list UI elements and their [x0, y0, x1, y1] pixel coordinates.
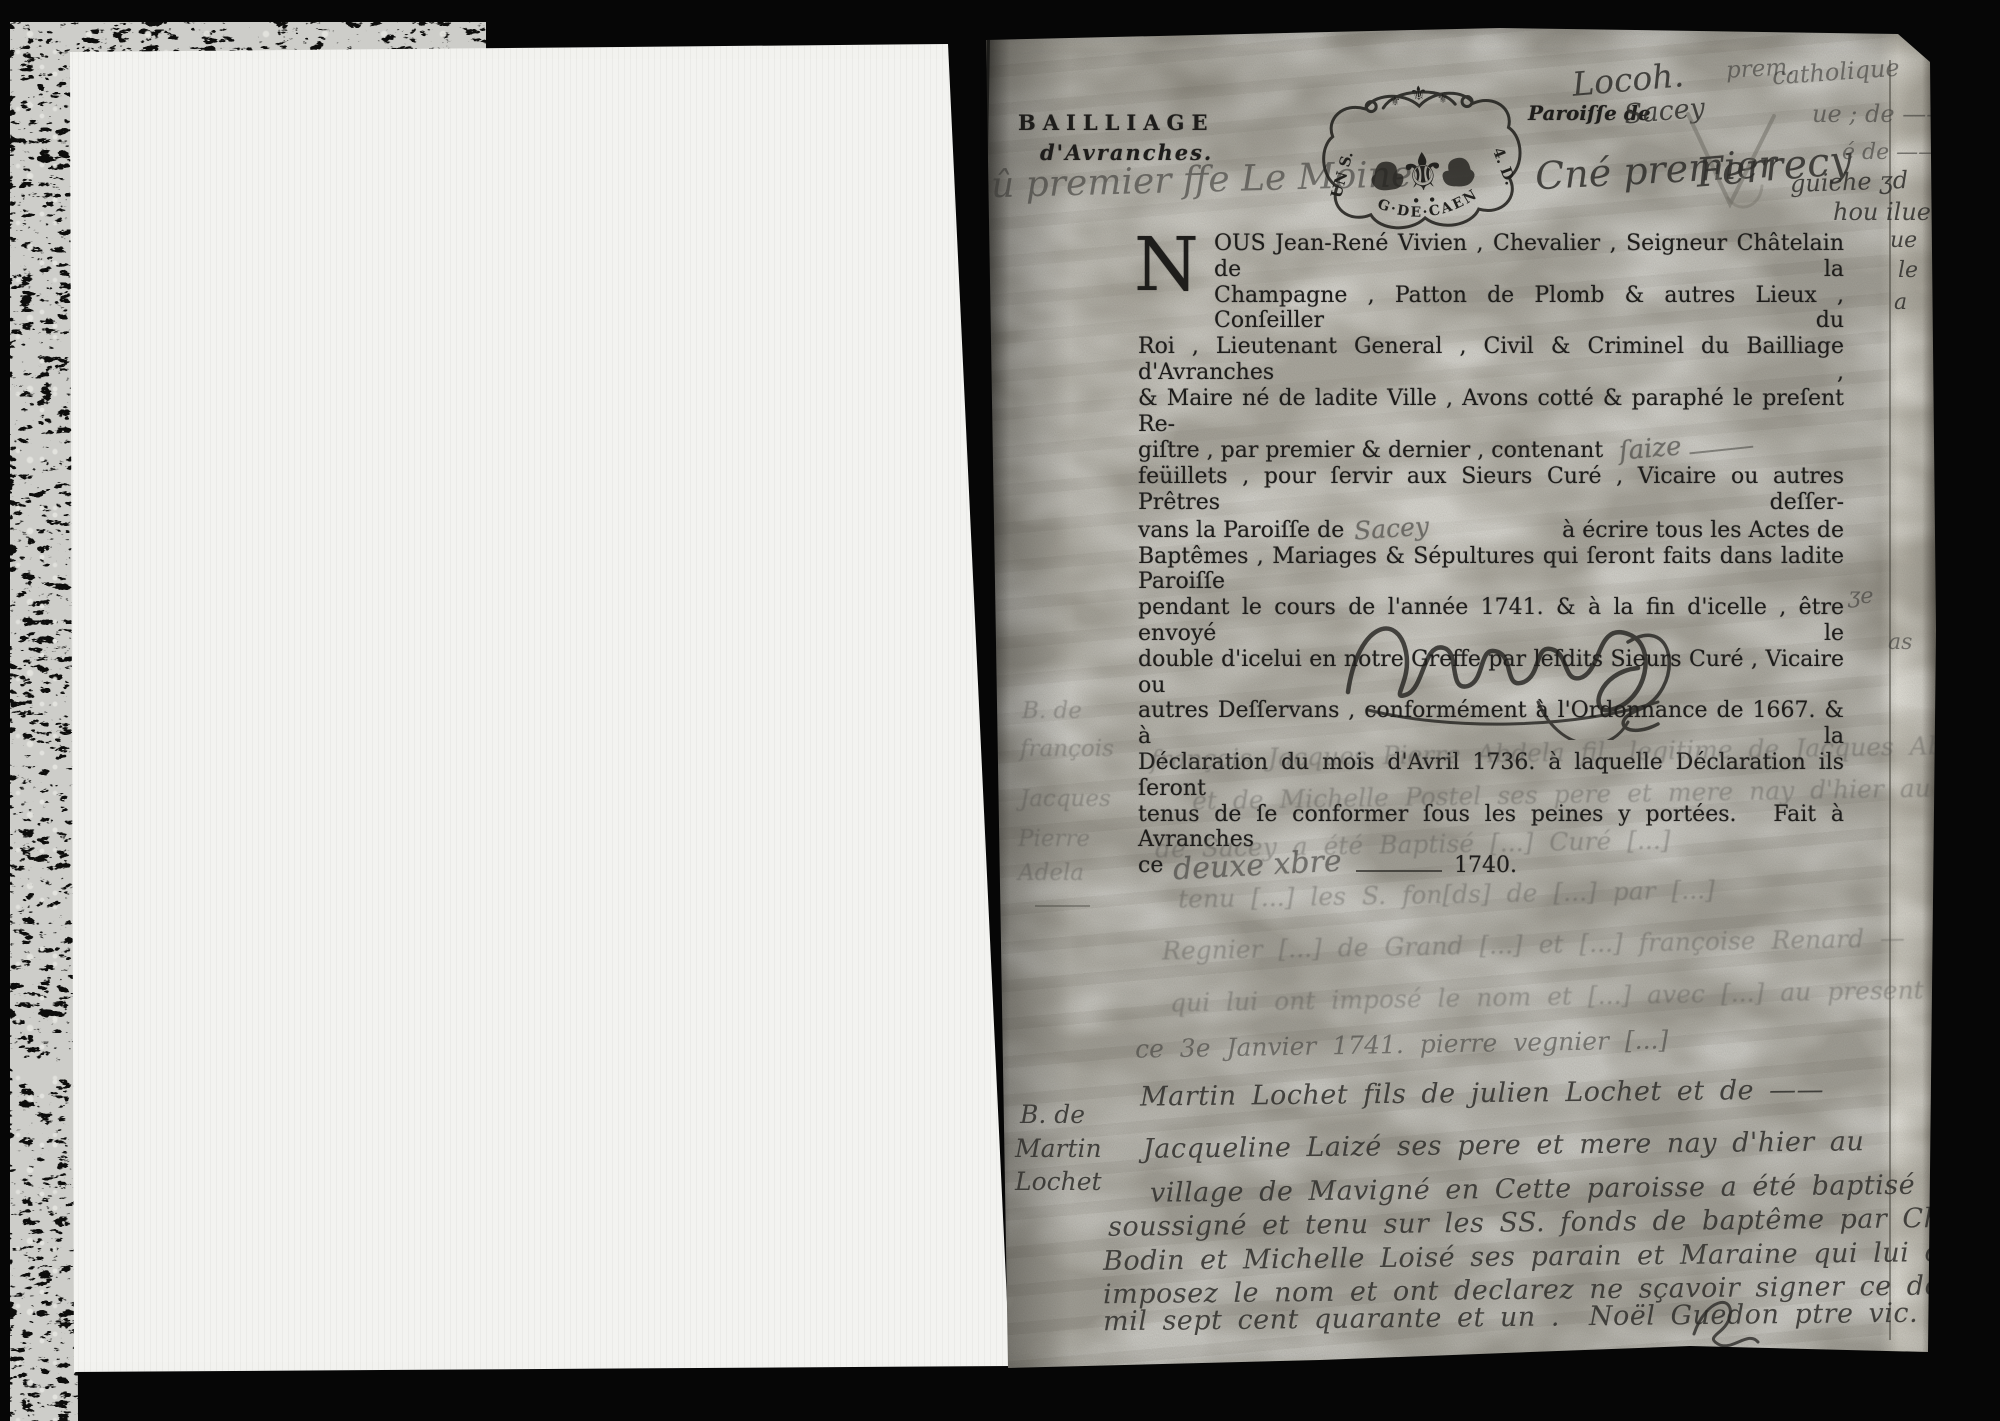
margin-note-lochet: Lochet [1015, 1167, 1102, 1196]
edge-fragment: ue [1890, 228, 1917, 253]
margin-note: Adela [1018, 860, 1084, 886]
stamp-crest-fleur-icon: ⚜ [1437, 92, 1449, 108]
stamp-ribbon-right: 4. D. [1489, 145, 1520, 187]
lochet-entry-line: village de Mavigné en Cette paroisse a é… [1150, 1168, 2000, 1208]
margin-dash [1035, 905, 1090, 907]
stamp-center-fleur-icon: ⚜ [1398, 142, 1448, 204]
printed-line-with-insert: giſtre , par premier & dernier , contena… [1138, 437, 1844, 464]
edge-fragment: as [1888, 630, 1912, 655]
vivien-paraph-signature [1328, 582, 1698, 740]
photographed-register-spread: BAILLIAGE d'Avranches. bû premier ffe Le… [0, 0, 2000, 1421]
printed-line: OUS Jean-René Vivien , Chevalier , Seign… [1214, 231, 1844, 283]
lochet-entry-line: Jacqueline Laizé ses pere et mere nay d'… [1143, 1126, 1865, 1165]
edge-fragment: le [1898, 258, 1918, 283]
faint-entry-line: Regnier [...] de Grand [...] et [...] fr… [1162, 924, 1905, 966]
hw-swash [1689, 446, 1753, 455]
printed-line-with-insert: vans la Paroiſſe de Sacey à écrire tous … [1138, 516, 1844, 544]
edge-fragment: hou ilue [1833, 198, 1931, 226]
lochet-entry-line: soussigné et tenu sur les SS. fonds de b… [1108, 1202, 2000, 1242]
margin-note: B. de [1022, 698, 1082, 724]
faint-entry-dateline: ce 3e Janvier 1741. pierre vegnier [...] [1135, 1025, 1669, 1063]
stamp-lion-right-icon [1442, 157, 1475, 187]
stamp-ribbon-left: UN S. [1327, 149, 1357, 200]
printed-text: vans la Paroiſſe de [1138, 518, 1344, 544]
edge-fragment: é de —— [1842, 140, 1940, 165]
margin-note: Pierre [1018, 826, 1090, 852]
hw-dash [1356, 870, 1442, 872]
caen-generalite-tax-stamp: ⚜ ⚜ ⚜ ⚜ UN S. 4. D. G·DE·CAEN [1312, 75, 1532, 244]
printed-line: & Maire né de ladite Ville , Avons cotté… [1138, 386, 1844, 438]
edge-fragment: ʒe [1848, 584, 1873, 609]
margin-note: françois [1020, 736, 1114, 762]
margin-note-lochet: Martin [1015, 1134, 1102, 1163]
stamp-crest-fleur-icon: ⚜ [1409, 81, 1428, 106]
hw-folio-count: ſaize [1618, 435, 1683, 466]
faint-entry-line: qui lui ont imposé le nom et [...] avec … [1170, 975, 1924, 1017]
hw-parish-name: Sacey [1353, 513, 1430, 544]
edge-fragment: a [1894, 290, 1907, 315]
printed-text: à écrire tous les Actes de [1562, 518, 1844, 544]
printed-line: Roi , Lieutenant General , Civil & Crimi… [1138, 334, 1844, 386]
edge-fragment: guiche ʒd [1790, 166, 1909, 198]
printed-line: feüillets , pour ſervir aux Sieurs Curé … [1138, 464, 1844, 516]
stamp-crest-fleur-icon: ⚜ [1389, 94, 1401, 110]
priest-paraph-flourish [1688, 1290, 1768, 1354]
printed-line: Champagne , Patton de Plomb & autres Lie… [1214, 283, 1844, 335]
lochet-entry-line: Martin Lochet fils de julien Lochet et d… [1140, 1074, 1824, 1112]
bailliage-heading: BAILLIAGE [1018, 110, 1214, 135]
margin-note: Jacques [1020, 786, 1111, 812]
margin-note-lochet: B. de [1020, 1100, 1085, 1129]
edge-fragment: ue ; de —— [1812, 100, 1950, 128]
printed-text: giſtre , par premier & dernier , contena… [1138, 438, 1603, 464]
